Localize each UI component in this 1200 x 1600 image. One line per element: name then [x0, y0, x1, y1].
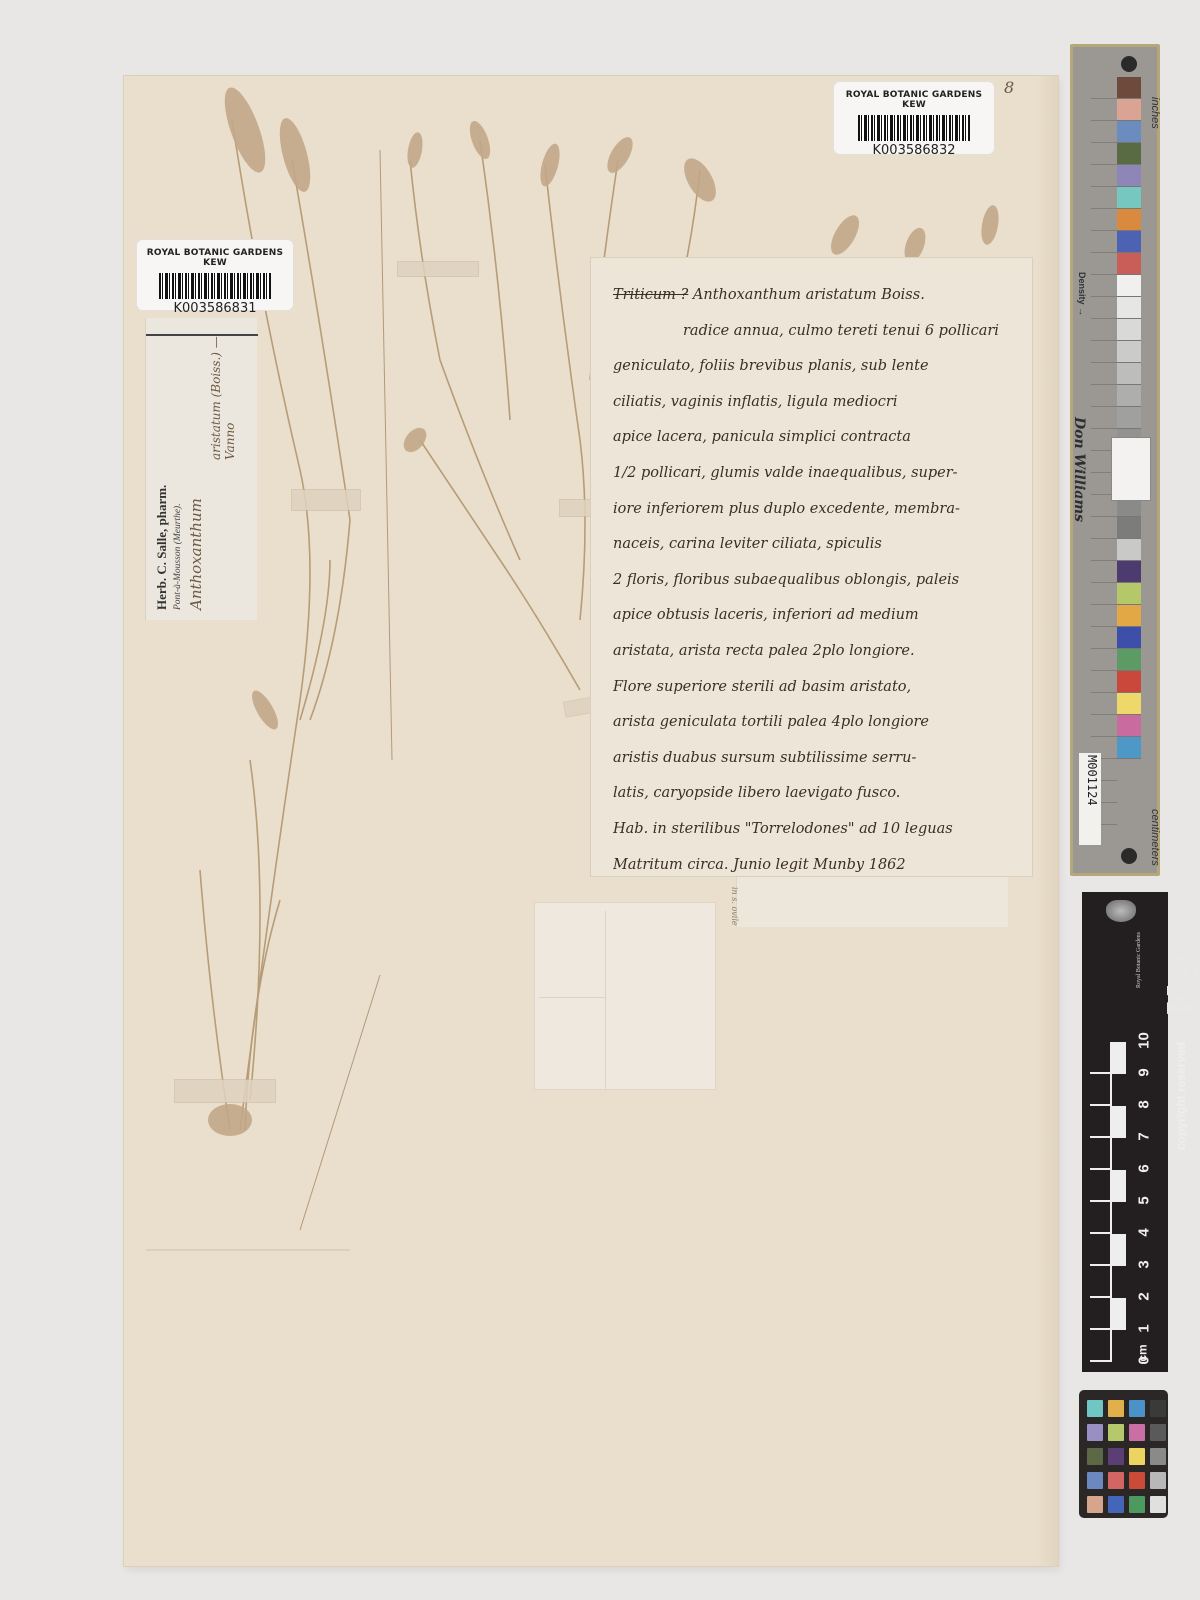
- handwritten-taxon: Anthoxanthum: [187, 328, 205, 610]
- color-swatch: [1117, 77, 1141, 99]
- density-label: Density →: [1077, 272, 1087, 316]
- color-patch: [1150, 1472, 1166, 1489]
- color-swatch: [1117, 539, 1141, 561]
- color-swatches: [1117, 77, 1141, 759]
- color-patch: [1087, 1472, 1103, 1489]
- herbarium-name: Herb. C. Salle, pharm.: [154, 328, 170, 610]
- barcode: [858, 115, 970, 141]
- color-swatch: [1117, 671, 1141, 693]
- color-patch: [1108, 1472, 1124, 1489]
- color-calibration-strip: inches Density → Don Williams M001124 ce…: [1070, 44, 1160, 876]
- institution-name: ROYAL BOTANIC GARDENS KEW: [137, 248, 293, 268]
- collector-label: Herb. C. Salle, pharm. Pont-à-Mousson (M…: [145, 318, 257, 620]
- barcode-number: K003586831: [137, 301, 293, 316]
- color-patch: [1108, 1496, 1124, 1513]
- scale-ticks: [1090, 1042, 1112, 1362]
- kew-scale-bar: Kew Royal Botanic Gardens 012345678910 c…: [1082, 892, 1168, 1372]
- strip-id-label: M001124: [1079, 753, 1101, 845]
- color-swatch: [1117, 253, 1141, 275]
- fragment-packet[interactable]: [534, 902, 716, 1090]
- note-line: radice annua, culmo tereti tenui 6 polli…: [613, 314, 1016, 350]
- scale-number: 3: [1136, 1255, 1153, 1275]
- mounting-tape: [175, 1080, 275, 1102]
- inches-label: inches: [1149, 97, 1161, 129]
- note-line: Flore superiore sterili ad basim aristat…: [613, 670, 1016, 706]
- color-swatch: [1117, 319, 1141, 341]
- note-line: ciliatis, vaginis inflatis, ligula medio…: [613, 385, 1016, 421]
- scale-number: 9: [1136, 1063, 1153, 1083]
- note-line: naceis, carina leviter ciliata, spiculis: [613, 527, 1016, 563]
- color-swatch: [1117, 231, 1141, 253]
- scale-number: 2: [1136, 1287, 1153, 1307]
- color-swatch: [1117, 363, 1141, 385]
- mounting-tape: [292, 490, 360, 510]
- label-rule-line: [146, 334, 258, 336]
- centimeters-label: centimeters: [1149, 809, 1161, 866]
- scale-number: 6: [1136, 1159, 1153, 1179]
- color-swatch: [1117, 209, 1141, 231]
- scale-number: 1: [1136, 1319, 1153, 1339]
- note-line: iore inferiorem plus duplo excedente, me…: [613, 492, 1016, 528]
- scale-number: 5: [1136, 1191, 1153, 1211]
- kew-logo: Kew: [1156, 932, 1200, 1015]
- note-line: Hab. in sterilibus "Torrelodones" ad 10 …: [613, 812, 1016, 848]
- color-swatch: [1117, 715, 1141, 737]
- color-swatch: [1117, 99, 1141, 121]
- herbarium-location: Pont-à-Mousson (Meurthe).: [173, 328, 183, 610]
- color-patch: [1087, 1400, 1103, 1417]
- color-swatch: [1117, 275, 1141, 297]
- note-line: arista geniculata tortili palea 4plo lon…: [613, 705, 1016, 741]
- color-patch: [1129, 1448, 1145, 1465]
- note-line: 1/2 pollicari, glumis valde inaequalibus…: [613, 456, 1016, 492]
- handwritten-description-note: Triticum ? Anthoxanthum aristatum Boiss.…: [591, 258, 1032, 876]
- color-swatch: [1117, 121, 1141, 143]
- color-patch: [1108, 1400, 1124, 1417]
- brand-name: Don Williams: [1071, 417, 1087, 522]
- note-line: Triticum ? Anthoxanthum aristatum Boiss.: [613, 278, 1016, 314]
- color-patch: [1108, 1448, 1124, 1465]
- color-swatch: [1117, 341, 1141, 363]
- color-swatch: [1117, 627, 1141, 649]
- note-line: apice lacera, panicula simplici contract…: [613, 420, 1016, 456]
- color-patch: [1129, 1496, 1145, 1513]
- scale-number: 4: [1136, 1223, 1153, 1243]
- color-patch: [1087, 1448, 1103, 1465]
- sheet-corner-mark: 8: [1004, 78, 1014, 97]
- color-swatch: [1117, 165, 1141, 187]
- color-swatch: [1117, 649, 1141, 671]
- note-line: geniculato, foliis brevibus planis, sub …: [613, 349, 1016, 385]
- scale-number: 10: [1136, 1031, 1153, 1051]
- color-checker-card: [1079, 1390, 1168, 1518]
- color-patch: [1108, 1424, 1124, 1441]
- kew-logo-subtitle: Royal Botanic Gardens: [1136, 932, 1142, 988]
- color-swatch: [1117, 737, 1141, 759]
- mounting-tape: [398, 262, 478, 276]
- color-patch: [1087, 1496, 1103, 1513]
- note-line: 2 floris, floribus subaequalibus oblongi…: [613, 563, 1016, 599]
- barcode-number: K003586832: [834, 143, 994, 158]
- barcode: [159, 273, 271, 299]
- color-patch: [1150, 1448, 1166, 1465]
- barcode-label-k003586831: ROYAL BOTANIC GARDENS KEW K003586831: [137, 240, 293, 310]
- packet-fold: [605, 911, 715, 1089]
- note-line: aristis duabus sursum subtilissime serru…: [613, 741, 1016, 777]
- note-line: latis, caryopside libero laevigato fusco…: [613, 776, 1016, 812]
- color-patch: [1150, 1400, 1166, 1417]
- color-patch: [1129, 1400, 1145, 1417]
- scale-number: 7: [1136, 1127, 1153, 1147]
- color-swatch: [1117, 605, 1141, 627]
- struck-text: Triticum ?: [613, 287, 688, 303]
- color-patch: [1129, 1472, 1145, 1489]
- color-swatch: [1117, 187, 1141, 209]
- scale-unit: cm: [1136, 1344, 1150, 1361]
- slip-text: in s. ovile: [730, 887, 739, 926]
- royal-crest-icon: [1106, 900, 1136, 922]
- color-swatch: [1117, 561, 1141, 583]
- strip-hole: [1121, 848, 1137, 864]
- institution-name: ROYAL BOTANIC GARDENS KEW: [834, 90, 994, 110]
- color-swatch: [1117, 143, 1141, 165]
- color-patch: [1150, 1496, 1166, 1513]
- note-line: aristata, arista recta palea 2plo longio…: [613, 634, 1016, 670]
- scale-ticks: [1112, 1042, 1126, 1362]
- color-swatch: [1117, 385, 1141, 407]
- color-swatch: [1117, 693, 1141, 715]
- note-line: apice obtusis laceris, inferiori ad medi…: [613, 598, 1016, 634]
- strip-hole: [1121, 56, 1137, 72]
- paper-slip: in s. ovile: [736, 877, 1008, 927]
- color-patch: [1129, 1424, 1145, 1441]
- gray-scale-insert: [1111, 437, 1151, 501]
- color-swatch: [1117, 583, 1141, 605]
- color-swatch: [1117, 407, 1141, 429]
- color-patch: [1087, 1424, 1103, 1441]
- color-swatch: [1117, 517, 1141, 539]
- barcode-label-k003586832: ROYAL BOTANIC GARDENS KEW K003586832: [834, 82, 994, 154]
- packet-fold: [539, 997, 605, 998]
- color-swatch: [1117, 297, 1141, 319]
- copyright-text: copyright reserved: [1174, 1042, 1188, 1150]
- scale-number: 8: [1136, 1095, 1153, 1115]
- handwritten-annotation: aristatum (Boiss.) — Vanno: [209, 328, 237, 460]
- color-patch: [1150, 1424, 1166, 1441]
